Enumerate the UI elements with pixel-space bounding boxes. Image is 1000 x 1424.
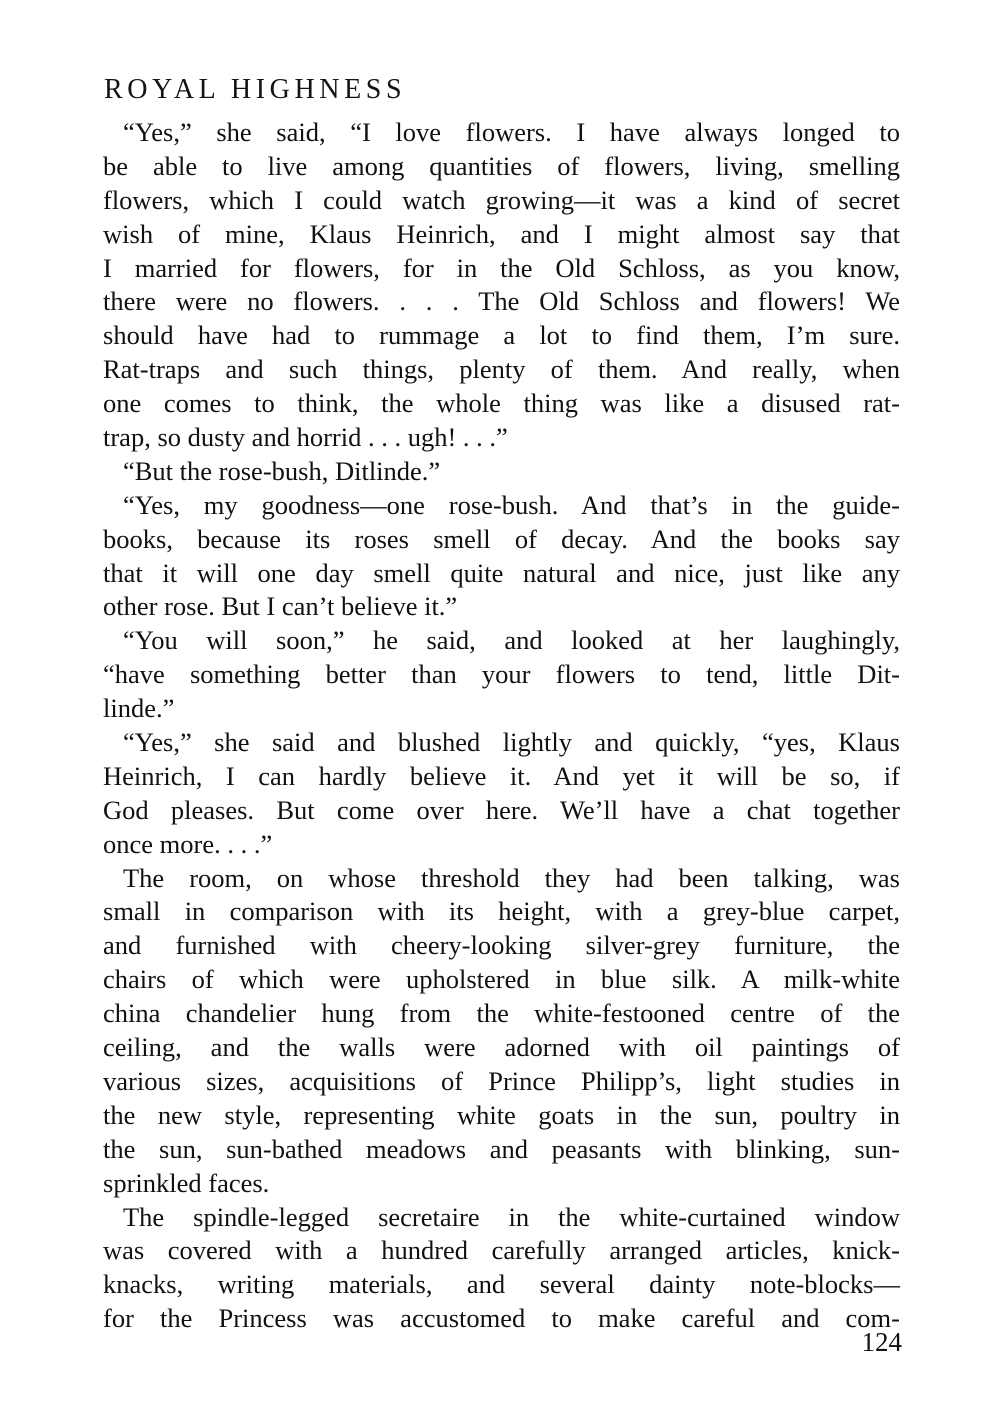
text-line: “Yes,” she said, “I love flowers. I have… bbox=[103, 116, 900, 150]
body-text: “Yes,” she said, “I love flowers. I have… bbox=[103, 116, 900, 1336]
text-line: various sizes, acquisitions of Prince Ph… bbox=[103, 1065, 900, 1099]
text-line: other rose. But I can’t believe it.” bbox=[103, 590, 900, 624]
text-line: I married for flowers, for in the Old Sc… bbox=[103, 252, 900, 286]
text-line: The spindle-legged secretaire in the whi… bbox=[103, 1201, 900, 1235]
text-line: linde.” bbox=[103, 692, 900, 726]
text-line: be able to live among quantities of flow… bbox=[103, 150, 900, 184]
text-line: once more. . . .” bbox=[103, 828, 900, 862]
text-line: books, because its roses smell of decay.… bbox=[103, 523, 900, 557]
text-line: sprinkled faces. bbox=[103, 1167, 900, 1201]
text-line: trap, so dusty and horrid . . . ugh! . .… bbox=[103, 421, 900, 455]
text-line: and furnished with cheery-looking silver… bbox=[103, 929, 900, 963]
text-line: ceiling, and the walls were adorned with… bbox=[103, 1031, 900, 1065]
text-line: “You will soon,” he said, and looked at … bbox=[103, 624, 900, 658]
text-line: flowers, which I could watch growing—it … bbox=[103, 184, 900, 218]
text-line: Rat-traps and such things, plenty of the… bbox=[103, 353, 900, 387]
text-line: there were no flowers. . . . The Old Sch… bbox=[103, 285, 900, 319]
text-line: Heinrich, I can hardly believe it. And y… bbox=[103, 760, 900, 794]
text-line: the sun, sun-bathed meadows and peasants… bbox=[103, 1133, 900, 1167]
text-line: was covered with a hundred carefully arr… bbox=[103, 1234, 900, 1268]
text-line: “But the rose-bush, Ditlinde.” bbox=[103, 455, 900, 489]
text-line: chairs of which were upholstered in blue… bbox=[103, 963, 900, 997]
text-line: should have had to rummage a lot to find… bbox=[103, 319, 900, 353]
text-line: “have something better than your flowers… bbox=[103, 658, 900, 692]
running-title: ROYAL HIGHNESS bbox=[104, 72, 406, 108]
text-line: wish of mine, Klaus Heinrich, and I migh… bbox=[103, 218, 900, 252]
text-line: “Yes,” she said and blushed lightly and … bbox=[103, 726, 900, 760]
page-number: 124 bbox=[862, 1325, 903, 1359]
text-line: that it will one day smell quite natural… bbox=[103, 557, 900, 591]
book-page: ROYAL HIGHNESS “Yes,” she said, “I love … bbox=[0, 0, 1000, 1424]
text-line: “Yes, my goodness—one rose-bush. And tha… bbox=[103, 489, 900, 523]
text-line: china chandelier hung from the white-fes… bbox=[103, 997, 900, 1031]
text-line: one comes to think, the whole thing was … bbox=[103, 387, 900, 421]
text-line: small in comparison with its height, wit… bbox=[103, 895, 900, 929]
text-line: for the Princess was accustomed to make … bbox=[103, 1302, 900, 1336]
text-line: The room, on whose threshold they had be… bbox=[103, 862, 900, 896]
text-line: the new style, representing white goats … bbox=[103, 1099, 900, 1133]
text-line: knacks, writing materials, and several d… bbox=[103, 1268, 900, 1302]
text-line: God pleases. But come over here. We’ll h… bbox=[103, 794, 900, 828]
